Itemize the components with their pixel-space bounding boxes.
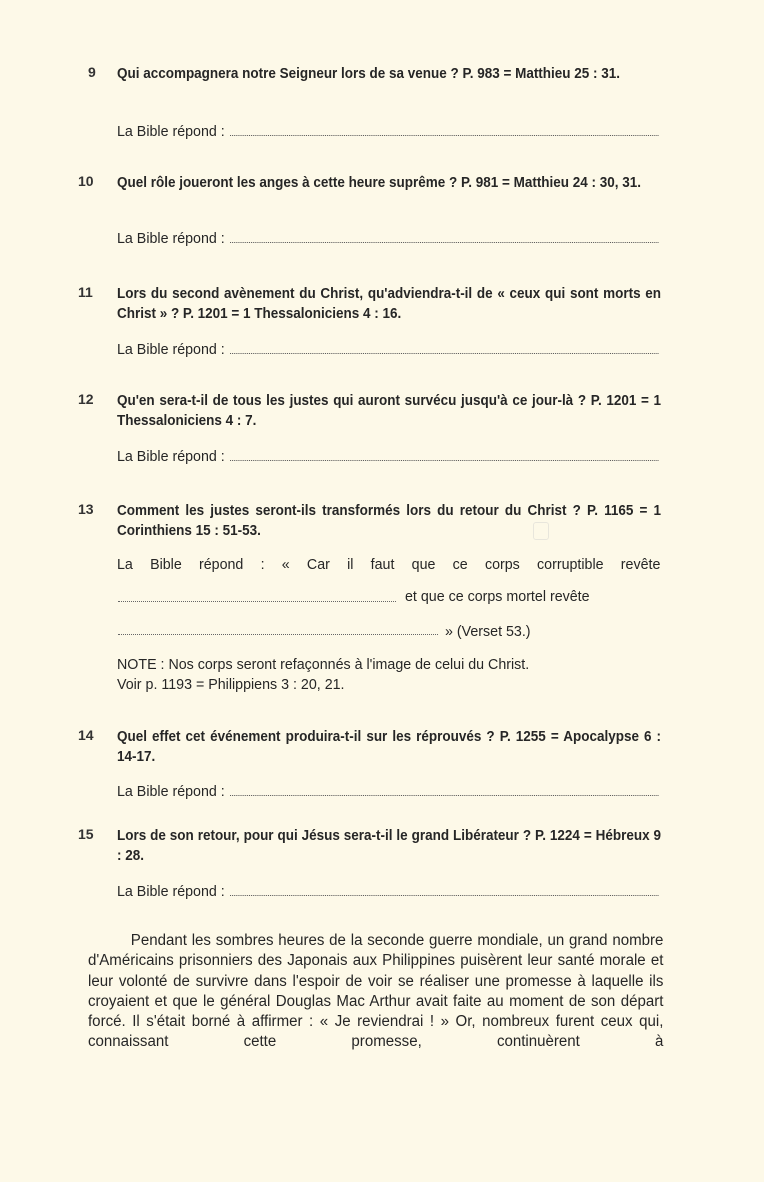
answer-blank[interactable]: [230, 339, 658, 354]
answer-line-11[interactable]: La Bible répond :: [117, 339, 659, 360]
question-15: 15 Lors de son retour, pour qui Jésus se…: [88, 826, 660, 866]
question-text: Quel rôle joueront les anges à cette heu…: [117, 173, 661, 193]
question-number: 12: [78, 391, 94, 407]
question-text: Lors du second avènement du Christ, qu'a…: [117, 284, 661, 324]
answer-blank-13a[interactable]: [118, 600, 396, 602]
note-line-2: Voir p. 1193 = Philippiens 3 : 20, 21.: [117, 675, 345, 695]
answer-label: La Bible répond :: [117, 340, 230, 360]
question-text: Qui accompagnera notre Seigneur lors de …: [117, 64, 661, 84]
question-10: 10 Quel rôle joueront les anges à cette …: [88, 173, 660, 193]
question-number: 13: [78, 501, 94, 517]
answer-label: La Bible répond :: [117, 447, 230, 467]
question-13: 13 Comment les justes seront-ils transfo…: [88, 501, 660, 541]
answer-line-9[interactable]: La Bible répond :: [117, 121, 659, 142]
question-12: 12 Qu'en sera-t-il de tous les justes qu…: [88, 391, 660, 431]
question-number: 14: [78, 727, 94, 743]
question-text: Comment les justes seront-ils transformé…: [117, 501, 661, 541]
question-number: 15: [78, 826, 94, 842]
answer-quote-line-3: » (Verset 53.): [445, 622, 531, 642]
question-text: Quel effet cet événement produira-t-il s…: [117, 727, 661, 767]
question-number: 9: [88, 64, 96, 80]
answer-label: La Bible répond :: [117, 229, 230, 249]
question-text: Lors de son retour, pour qui Jésus sera-…: [117, 826, 661, 866]
question-14: 14 Quel effet cet événement produira-t-i…: [88, 727, 660, 767]
note-line-1: NOTE : Nos corps seront refaçonnés à l'i…: [117, 655, 529, 675]
answer-quote-line-1: La Bible répond : « Car il faut que ce c…: [117, 555, 660, 575]
answer-blank[interactable]: [230, 228, 658, 243]
answer-label: La Bible répond :: [117, 782, 230, 802]
paragraph-text: Pendant les sombres heures de la seconde…: [88, 931, 663, 1053]
question-11: 11 Lors du second avènement du Christ, q…: [88, 284, 660, 324]
answer-line-10[interactable]: La Bible répond :: [117, 228, 659, 249]
answer-blank-13b[interactable]: [118, 633, 438, 635]
question-9: 9 Qui accompagnera notre Seigneur lors d…: [88, 64, 660, 84]
answer-line-12[interactable]: La Bible répond :: [117, 446, 659, 467]
answer-line-15[interactable]: La Bible répond :: [117, 881, 659, 902]
answer-label: La Bible répond :: [117, 122, 230, 142]
answer-blank[interactable]: [230, 881, 658, 896]
answer-blank[interactable]: [230, 446, 658, 461]
question-text: Qu'en sera-t-il de tous les justes qui a…: [117, 391, 661, 431]
workbook-page: 9 Qui accompagnera notre Seigneur lors d…: [0, 0, 764, 1182]
question-number: 10: [78, 173, 94, 189]
answer-line-14[interactable]: La Bible répond :: [117, 781, 659, 802]
closing-paragraph: Pendant les sombres heures de la seconde…: [88, 931, 663, 1053]
answer-blank[interactable]: [230, 121, 658, 136]
answer-quote-line-2: et que ce corps mortel revête: [405, 587, 590, 607]
answer-blank[interactable]: [230, 781, 658, 796]
question-number: 11: [78, 284, 93, 300]
bleed-through-mark: [533, 522, 549, 540]
answer-label: La Bible répond :: [117, 882, 230, 902]
